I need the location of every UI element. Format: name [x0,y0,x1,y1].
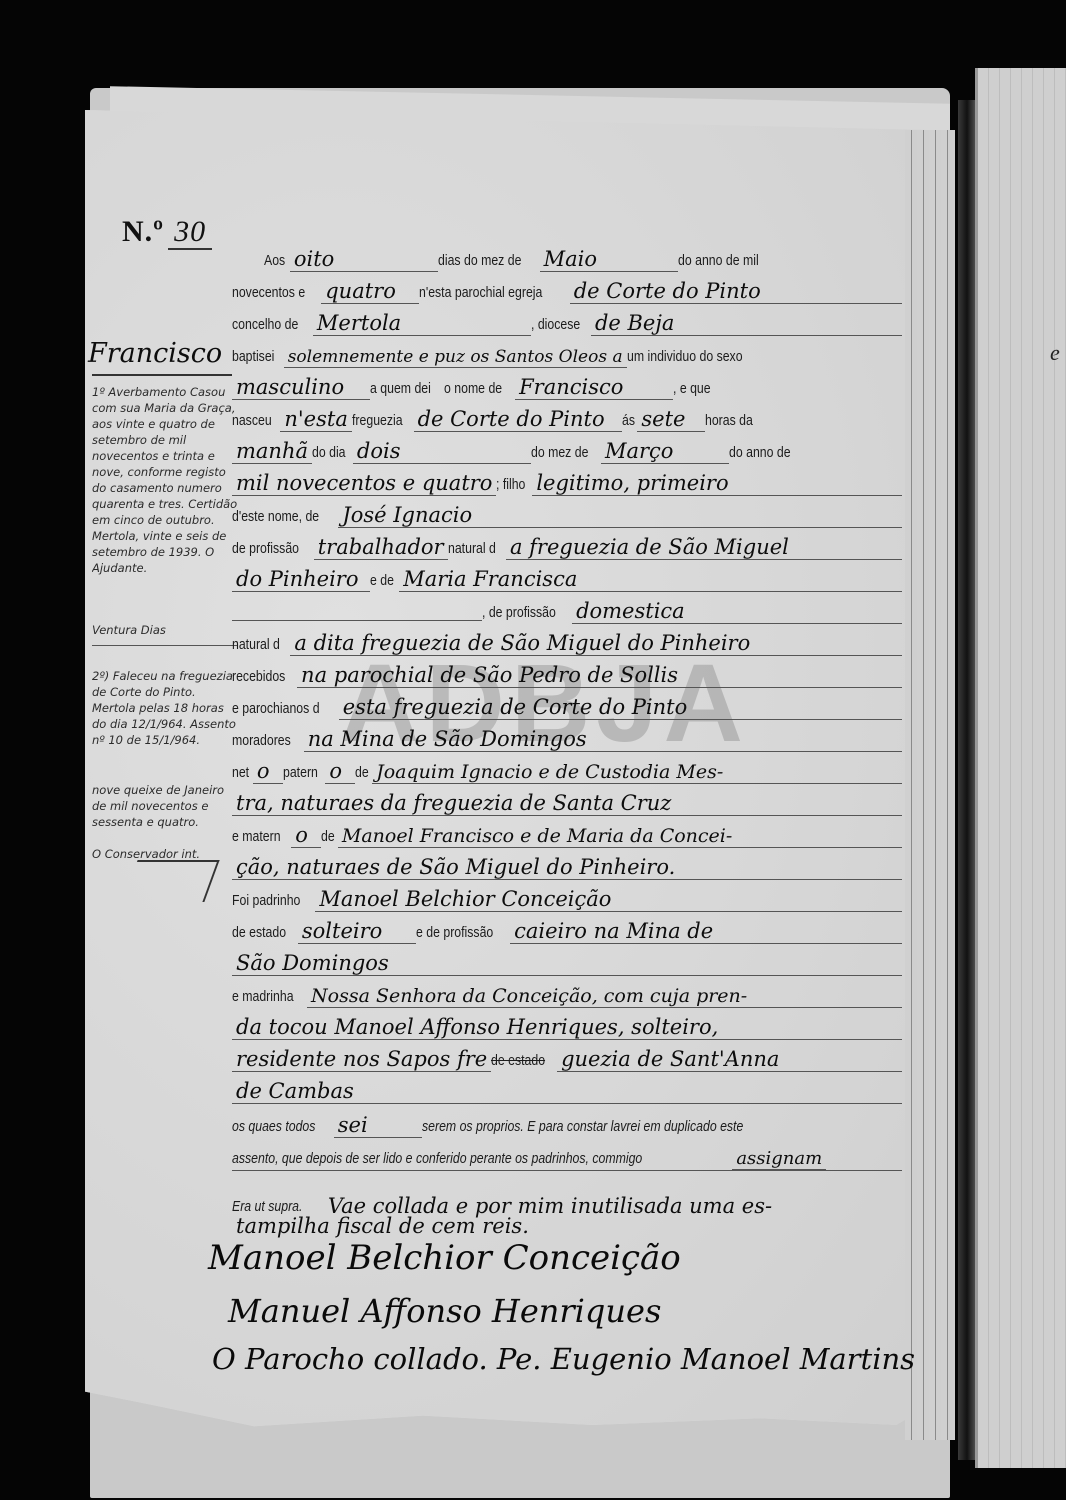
margin-name: Francisco [88,338,222,369]
entry-line-7: manhãdo diadoisdo mez deMarçodo anno de [232,434,902,464]
entry-line-12: , de profissãodomestica [232,594,902,624]
entry-line-22: de estadosolteiroe de profissãocaieiro n… [232,914,902,944]
entry-line-6: nasceun'estafregueziade Corte do Pintoás… [232,402,902,432]
margin-name-underline [92,374,232,376]
entry-line-13: natural da dita freguezia de São Miguel … [232,626,902,656]
margin-flourish-signature [122,860,219,902]
era-ut-supra-line-2: tampilha fiscal de cem reis. [232,1208,902,1238]
margin-note-signature-1: Ventura Dias [92,622,240,638]
margin-note-death: 2º) Faleceu na freguezia de Corte do Pin… [92,668,240,748]
entry-line-27: de Cambas [232,1074,902,1104]
facing-page [975,68,1066,1468]
entry-line-16: moradoresna Mina de São Domingos [232,722,902,752]
entry-line-21: Foi padrinhoManoel Belchior Conceição [232,882,902,912]
margin-note-date: nove queixe de Janeiro de mil novecentos… [92,782,240,830]
margin-note-marriage: 1º Averbamento Casou com sua Maria da Gr… [92,384,240,614]
signature-parish-priest: O Parocho collado. Pe. Eugenio Manoel Ma… [212,1342,915,1376]
record-number-label: N.º [122,215,164,248]
entry-line-25: da tocou Manoel Affonso Henriques, solte… [232,1010,902,1040]
entry-line-18: tra, naturaes da freguezia de Santa Cruz [232,786,902,816]
entry-line-24: e madrinhaNossa Senhora da Conceição, co… [232,978,902,1008]
entry-line-1: Aosoitodias do mez deMaiodo anno de mil [232,242,902,272]
entry-line-14: recebidosna parochial de São Pedro de So… [232,658,902,688]
record-number: N.º30 [122,215,212,249]
entry-line-19: e maternodeManoel Francisco e de Maria d… [232,818,902,848]
entry-line-10: de profissãotrabalhadornatural da fregue… [232,530,902,560]
page-edges-right [905,130,955,1440]
signature-godmother-proxy: Manuel Affonso Henriques [228,1292,661,1330]
closing-line-2: assento, que depois de ser lido e confer… [232,1140,902,1170]
entry-line-17: netopaternodeJoaquim Ignacio e de Custod… [232,754,902,784]
facing-page-mark: e [1050,340,1060,366]
entry-line-26: residente nos Sapos frede estadoguezia d… [232,1042,902,1072]
entry-line-23: São Domingos [232,946,902,976]
book-gutter [958,100,976,1460]
entry-line-5: masculinoa quem deio nome deFrancisco, e… [232,370,902,400]
margin-divider [92,645,237,646]
closing-line-1: os quaes todosseiserem os proprios. E pa… [232,1108,902,1138]
signature-godfather: Manoel Belchior Conceição [208,1238,681,1278]
closing-blank-line [232,1168,902,1174]
record-number-value: 30 [168,215,212,250]
entry-line-20: ção, naturaes de São Miguel do Pinheiro. [232,850,902,880]
entry-line-9: d'este nome, deJosé Ignacio [232,498,902,528]
entry-line-15: e parochianos desta freguezia de Corte d… [232,690,902,720]
entry-line-3: concelho deMertola, diocesede Beja [232,306,902,336]
entry-line-4: baptiseisolemnemente e puz os Santos Ole… [232,338,902,368]
entry-line-11: do Pinheiroe deMaria Francisca [232,562,902,592]
entry-line-8: mil novecentos e quatro; filholegitimo, … [232,466,902,496]
entry-line-2: novecentos equatron'esta parochial egrej… [232,274,902,304]
